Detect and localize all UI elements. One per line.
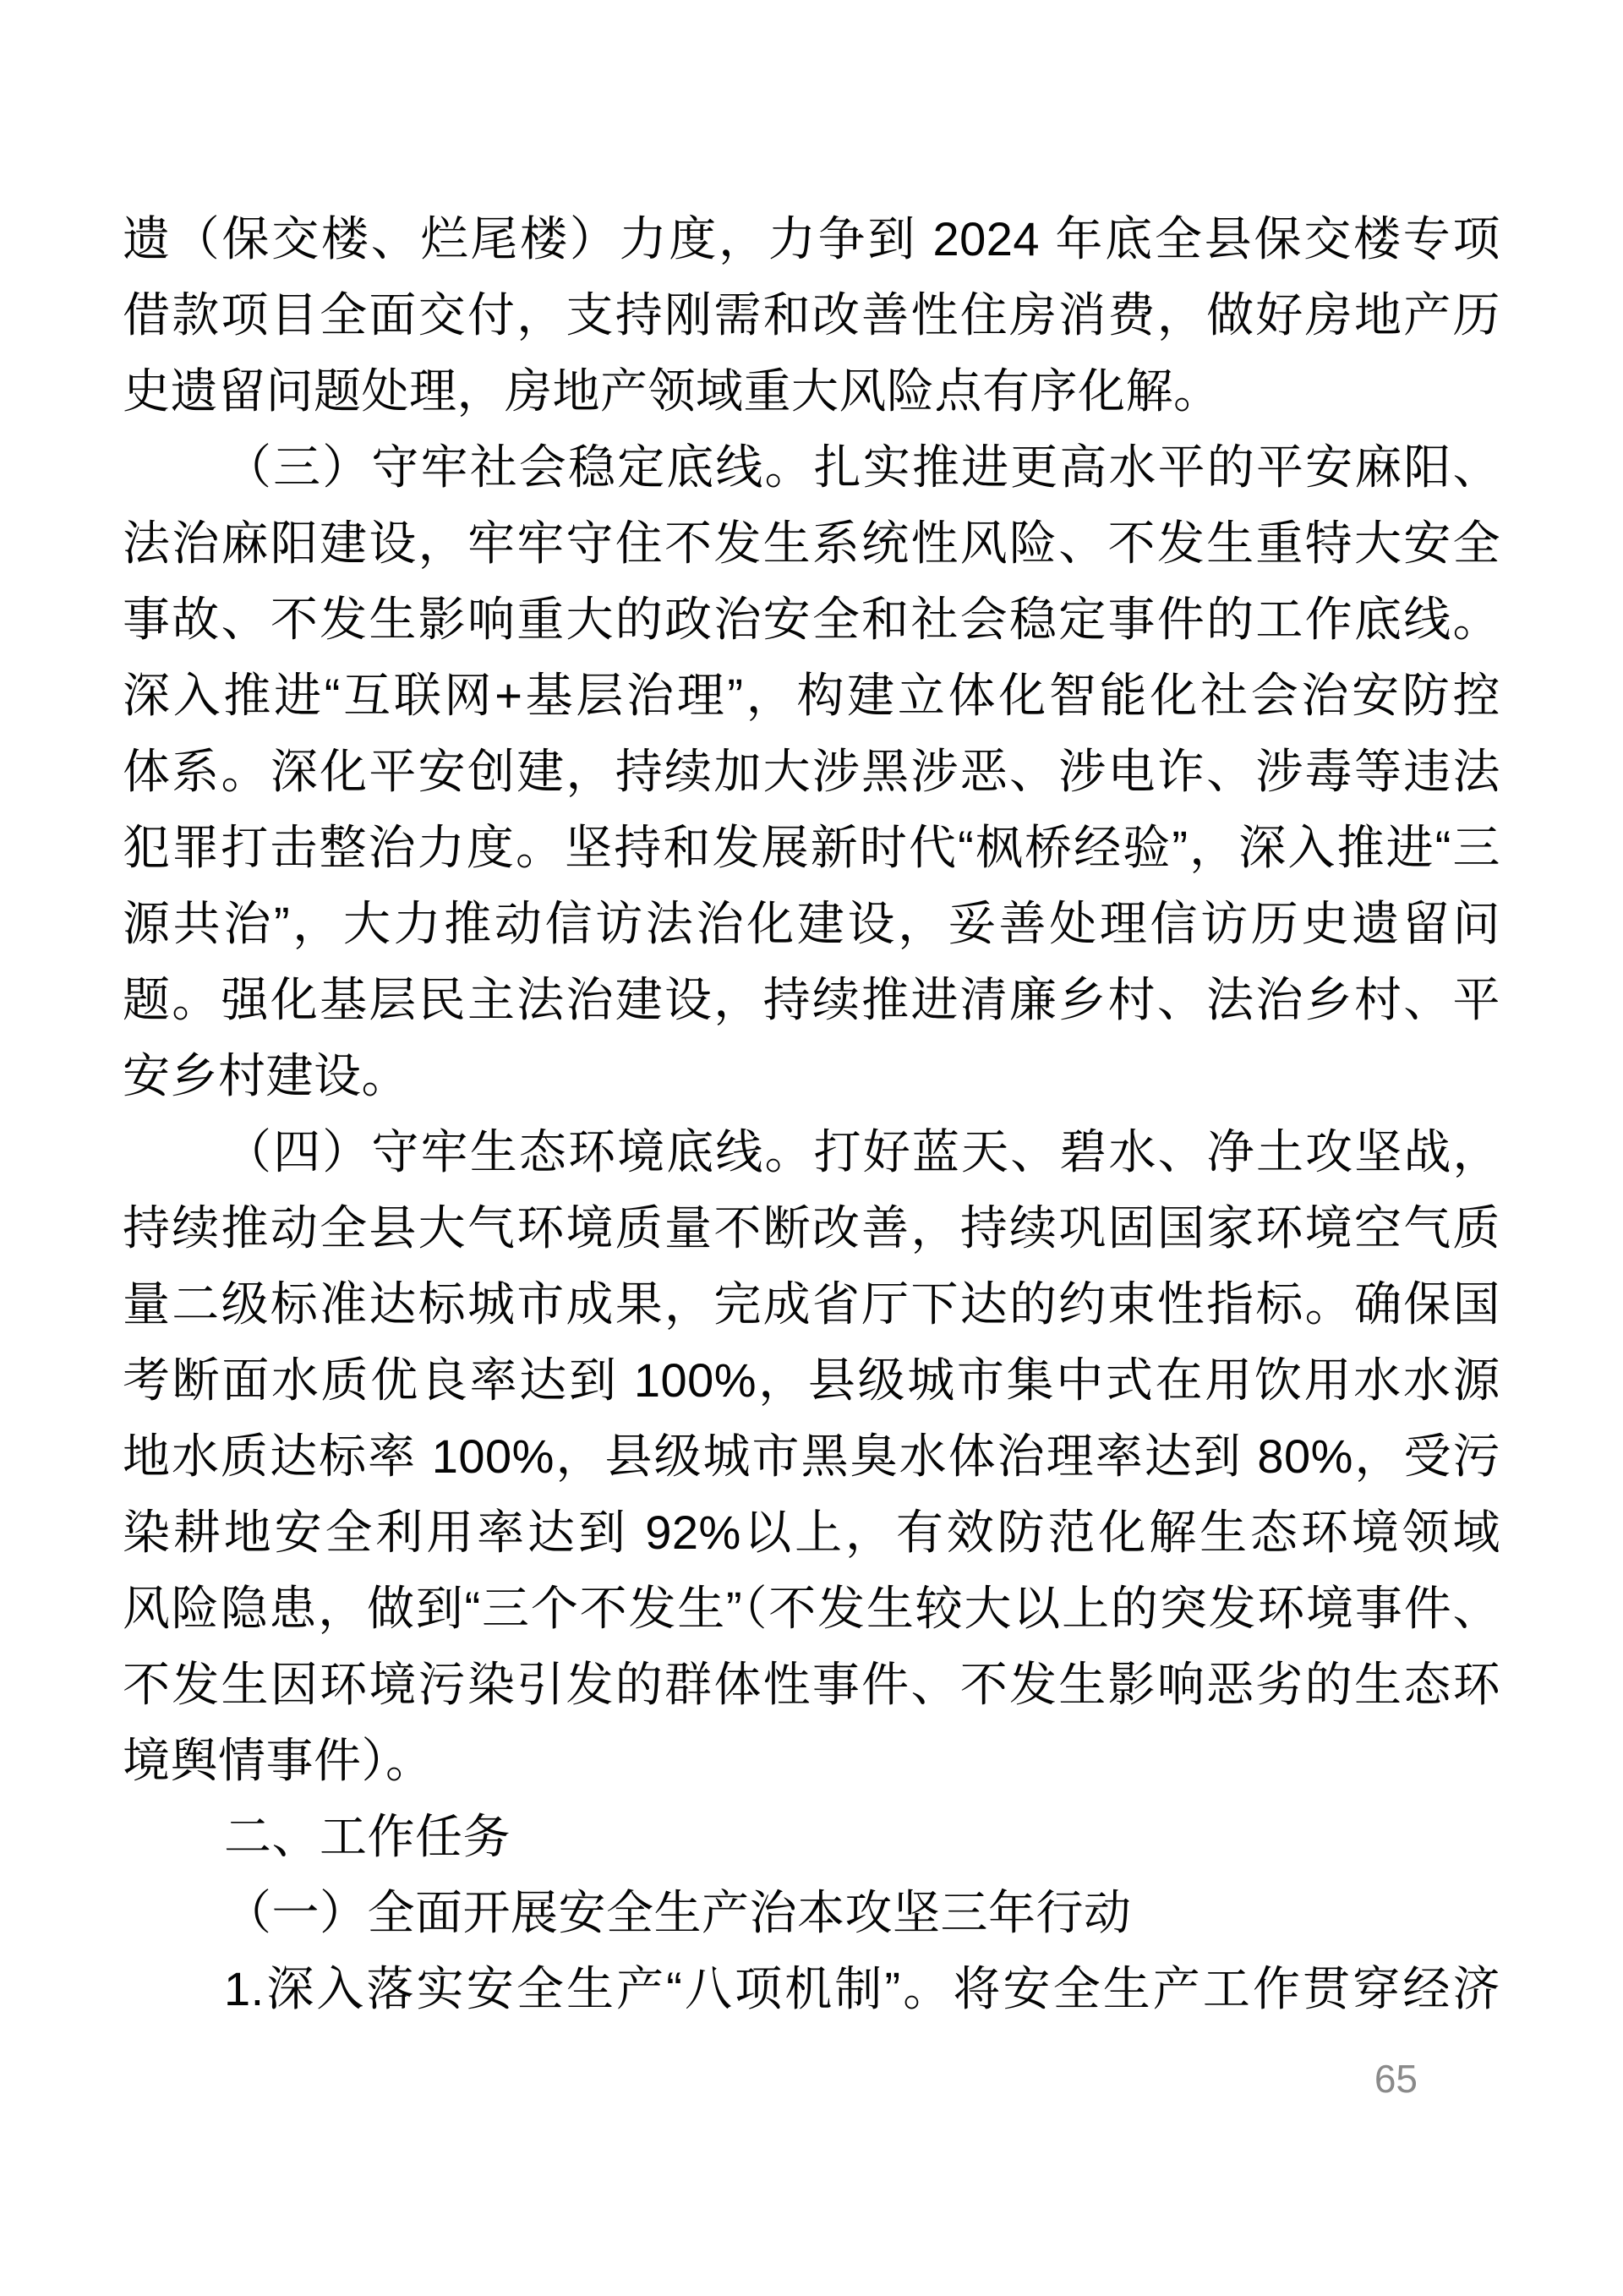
text-line: 1.深入落实安全生产“八项机制”。将安全生产工作贯穿经济 (123, 1951, 1500, 2027)
text-line: （一）全面开展安全生产治本攻坚三年行动 (123, 1875, 1500, 1951)
text-line: 地水质达标率 100%，县级城市黑臭水体治理率达到 80%，受污 (123, 1419, 1500, 1495)
text-line: 借款项目全面交付，支持刚需和改善性住房消费，做好房地产历 (123, 277, 1500, 353)
text-line: 二、工作任务 (123, 1799, 1500, 1875)
page-number: 65 (1374, 2058, 1418, 2100)
text-line: （四）守牢生态环境底线。打好蓝天、碧水、净土攻坚战， (123, 1114, 1500, 1190)
document-page: 遗（保交楼、烂尾楼）力度，力争到 2024 年底全县保交楼专项借款项目全面交付，… (0, 0, 1623, 2296)
text-line: 深入推进“互联网+基层治理”，构建立体化智能化社会治安防控 (123, 658, 1500, 734)
text-line: 体系。深化平安创建，持续加大涉黑涉恶、涉电诈、涉毒等违法 (123, 734, 1500, 810)
text-line: 犯罪打击整治力度。坚持和发展新时代“枫桥经验”，深入推进“三 (123, 810, 1500, 886)
text-line: 风险隐患，做到“三个不发生”（不发生较大以上的突发环境事件、 (123, 1571, 1500, 1647)
text-line: 史遗留问题处理，房地产领域重大风险点有序化解。 (123, 353, 1500, 429)
text-line: 境舆情事件）。 (123, 1723, 1500, 1799)
text-line: 量二级标准达标城市成果，完成省厅下达的约束性指标。确保国 (123, 1266, 1500, 1342)
text-line: 持续推动全县大气环境质量不断改善，持续巩固国家环境空气质 (123, 1190, 1500, 1266)
text-line: 法治麻阳建设，牢牢守住不发生系统性风险、不发生重特大安全 (123, 506, 1500, 582)
text-line: 事故、不发生影响重大的政治安全和社会稳定事件的工作底线。 (123, 582, 1500, 658)
text-line: 染耕地安全利用率达到 92%以上，有效防范化解生态环境领域 (123, 1495, 1500, 1571)
text-line: 题。强化基层民主法治建设，持续推进清廉乡村、法治乡村、平 (123, 962, 1500, 1038)
text-block: 遗（保交楼、烂尾楼）力度，力争到 2024 年底全县保交楼专项借款项目全面交付，… (123, 201, 1500, 2027)
text-line: 遗（保交楼、烂尾楼）力度，力争到 2024 年底全县保交楼专项 (123, 201, 1500, 277)
text-line: 考断面水质优良率达到 100%，县级城市集中式在用饮用水水源 (123, 1342, 1500, 1419)
text-line: 源共治”，大力推动信访法治化建设，妥善处理信访历史遗留问 (123, 886, 1500, 962)
text-line: （三）守牢社会稳定底线。扎实推进更高水平的平安麻阳、 (123, 429, 1500, 506)
text-line: 不发生因环境污染引发的群体性事件、不发生影响恶劣的生态环 (123, 1647, 1500, 1723)
text-line: 安乡村建设。 (123, 1038, 1500, 1114)
